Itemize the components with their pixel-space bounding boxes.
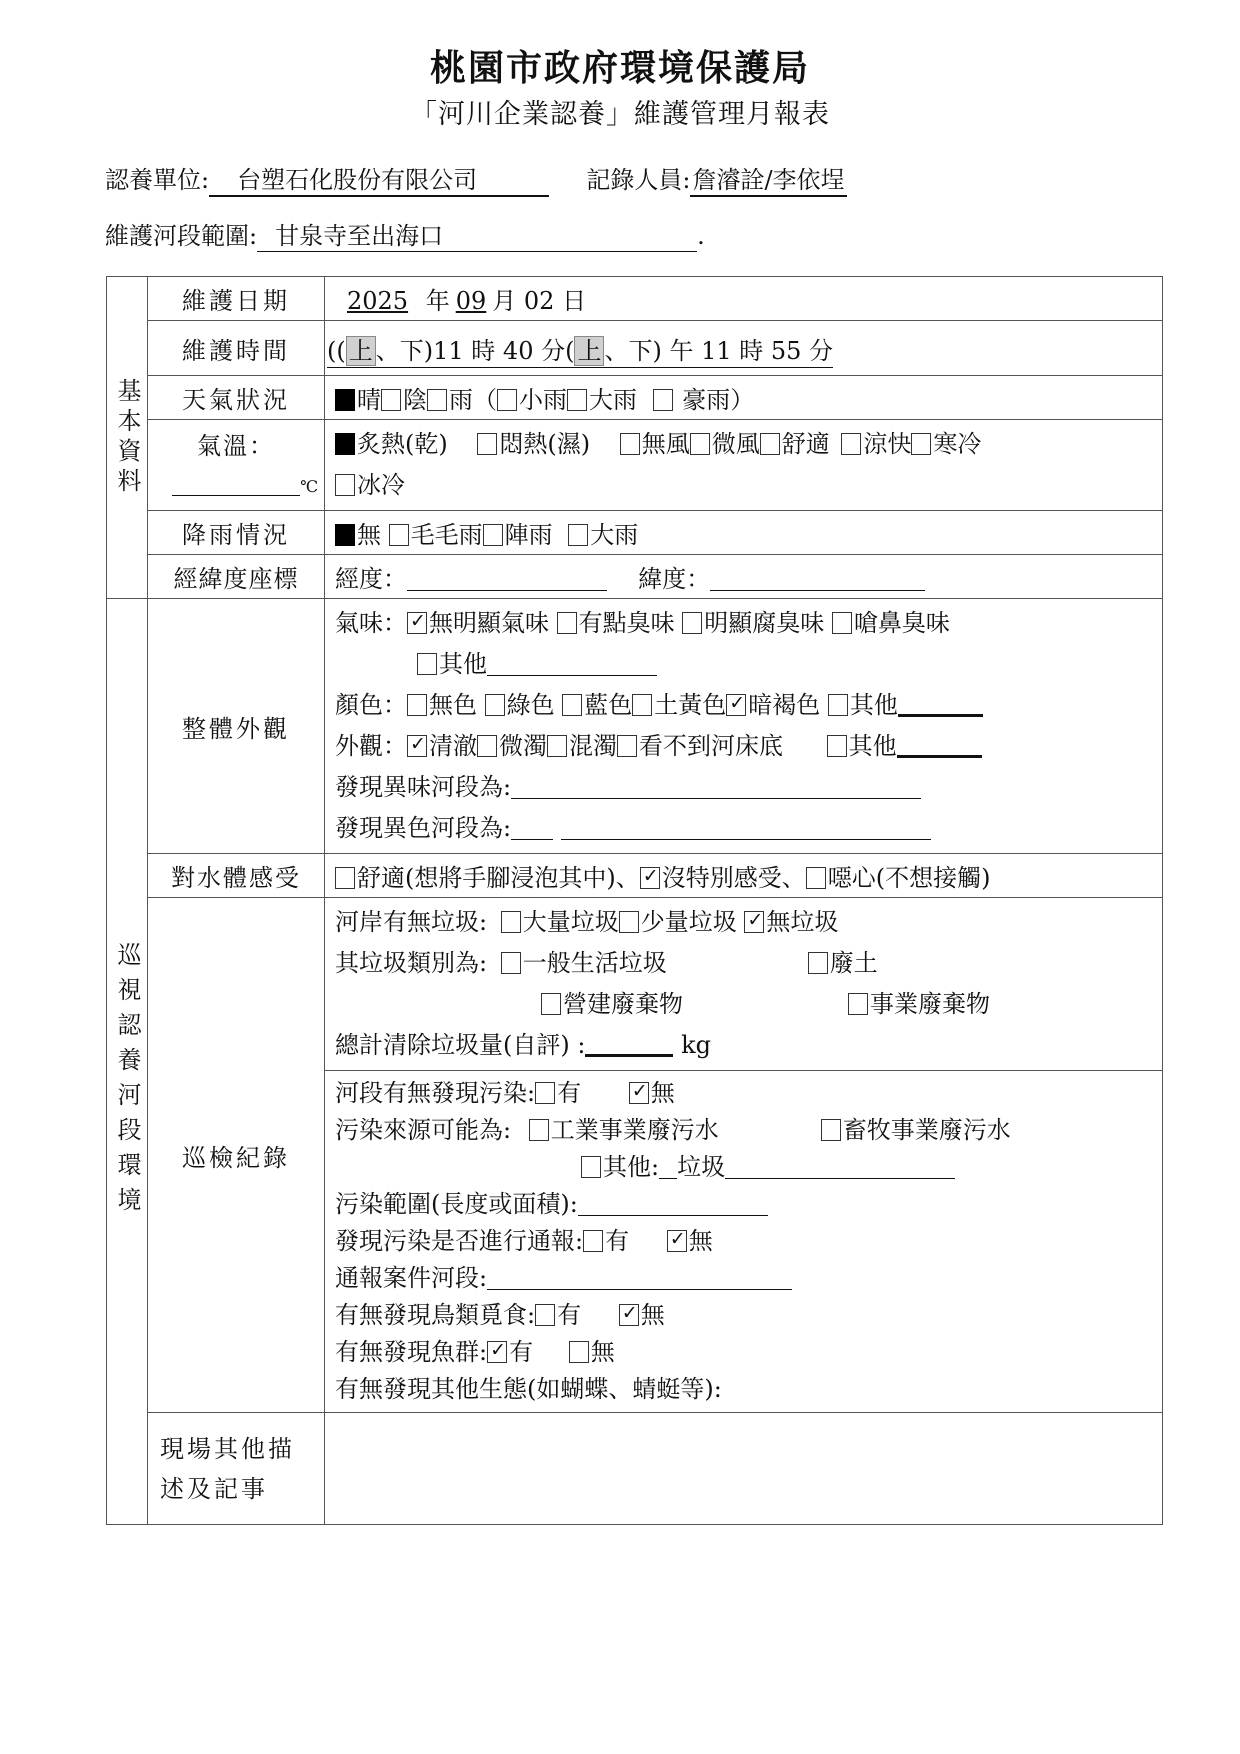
month-field[interactable]: 09: [450, 287, 493, 315]
checkbox-waste-soil[interactable]: [808, 952, 828, 974]
checkbox-cloudy[interactable]: [381, 389, 401, 411]
temperature-field[interactable]: [172, 469, 300, 496]
checkbox-freezing[interactable]: [335, 474, 355, 496]
checkbox-color-other[interactable]: [828, 694, 848, 716]
checkbox-fish-yes[interactable]: [487, 1341, 507, 1363]
latitude-field[interactable]: [710, 564, 925, 591]
checkbox-construction-waste[interactable]: [541, 993, 561, 1015]
date-label: 維護日期: [148, 277, 325, 321]
range-label: 維護河段範圍:: [105, 222, 257, 250]
odd-color-section-field[interactable]: [561, 813, 931, 840]
checkbox-green[interactable]: [485, 694, 505, 716]
checkbox-no-wind[interactable]: [620, 433, 640, 455]
checkbox-industrial-wastewater[interactable]: [529, 1119, 549, 1141]
checkbox-pungent-odor[interactable]: [832, 612, 852, 634]
checkbox-no-riverbed[interactable]: [617, 735, 637, 757]
checkbox-no-odor[interactable]: [407, 612, 427, 634]
notes-field[interactable]: [325, 1413, 1163, 1525]
checkbox-downpour[interactable]: [568, 524, 588, 546]
checkbox-no-garbage[interactable]: [744, 911, 764, 933]
checkbox-turbid[interactable]: [547, 735, 567, 757]
inspection-label: 巡檢紀錄: [148, 898, 325, 1413]
checkbox-dark-brown[interactable]: [726, 694, 746, 716]
time-cell: ((上、下)11 時 40 分(上、下) 午 11 時 55 分: [325, 321, 1163, 376]
checkbox-lots-garbage[interactable]: [501, 911, 521, 933]
checkbox-slight-odor[interactable]: [557, 612, 577, 634]
checkbox-light-rain[interactable]: [497, 389, 517, 411]
color-other-field[interactable]: [898, 688, 983, 717]
checkbox-torrential-rain[interactable]: [653, 389, 673, 411]
checkbox-clear[interactable]: [407, 735, 427, 757]
checkbox-hot-humid[interactable]: [477, 433, 497, 455]
time-label: 維護時間: [148, 321, 325, 376]
appearance-label: 整體外觀: [148, 599, 325, 854]
garbage-cell: 河岸有無垃圾: 大量垃圾少量垃圾 無垃圾 其垃圾類別為: 一般生活垃圾廢土 營建…: [325, 898, 1163, 1071]
checkbox-livestock-wastewater[interactable]: [821, 1119, 841, 1141]
temperature-label-cell: 氣溫： ℃: [148, 420, 325, 511]
checkbox-shower[interactable]: [483, 524, 503, 546]
year-field[interactable]: 2025: [335, 287, 418, 315]
pollution-extent-field[interactable]: [578, 1189, 768, 1216]
checkbox-feel-disgusted[interactable]: [806, 867, 826, 889]
checkbox-pollution-yes[interactable]: [535, 1082, 555, 1104]
checkbox-earth-yellow[interactable]: [632, 694, 652, 716]
day-field[interactable]: 02: [524, 287, 555, 315]
rain-options: 無 毛毛雨陣雨 大雨: [325, 511, 1163, 555]
weather-label: 天氣狀況: [148, 376, 325, 420]
report-form-table: 基本資料 維護日期 2025 年09月 02 日 維護時間 ((上、下)11 時…: [106, 276, 1163, 1525]
recorder-field[interactable]: 詹濬詮/李依埕: [690, 160, 846, 197]
pollution-cell: 河段有無發現污染:有 無 污染來源可能為: 工業事業廢污水畜牧事業廢污水 其他:…: [325, 1071, 1163, 1413]
checkbox-no-rain[interactable]: [335, 524, 355, 546]
coords-label: 經緯度座標: [148, 555, 325, 599]
longitude-field[interactable]: [407, 564, 607, 591]
checkbox-slightly-turbid[interactable]: [477, 735, 497, 757]
checkbox-breeze[interactable]: [690, 433, 710, 455]
range-field[interactable]: 甘泉寺至出海口: [257, 216, 697, 252]
checkbox-fish-no[interactable]: [569, 1341, 589, 1363]
checkbox-little-garbage[interactable]: [619, 911, 639, 933]
total-garbage-field[interactable]: [585, 1028, 673, 1057]
date-cell: 2025 年09月 02 日: [325, 277, 1163, 321]
checkbox-cool[interactable]: [841, 433, 861, 455]
appearance-cell: 氣味：無明顯氣味 有點臭味 明顯腐臭味 嗆鼻臭味 其他 顏色：無色 綠色 藍色土…: [325, 599, 1163, 854]
coords-cell: 經度： 緯度：: [325, 555, 1163, 599]
checkbox-feel-nothing[interactable]: [640, 867, 660, 889]
rain-label: 降雨情況: [148, 511, 325, 555]
checkbox-reported-no[interactable]: [667, 1230, 687, 1252]
weather-options: 晴陰雨（小雨大雨 豪雨）: [325, 376, 1163, 420]
report-section-field[interactable]: [487, 1263, 792, 1290]
unit-field[interactable]: 台塑石化股份有限公司: [209, 160, 549, 197]
checkbox-reported-yes[interactable]: [583, 1230, 603, 1252]
checkbox-blue[interactable]: [562, 694, 582, 716]
checkbox-industrial-waste[interactable]: [848, 993, 868, 1015]
odd-odor-section-field[interactable]: [511, 772, 921, 799]
notes-label: 現場其他描 述及記事: [148, 1413, 325, 1525]
checkbox-rotten-odor[interactable]: [682, 612, 702, 634]
am-start-option[interactable]: 上: [346, 336, 376, 366]
checkbox-drizzle[interactable]: [389, 524, 409, 546]
checkbox-cold[interactable]: [911, 433, 931, 455]
range-end: .: [697, 222, 705, 250]
checkbox-household-waste[interactable]: [501, 952, 521, 974]
checkbox-sunny[interactable]: [335, 389, 355, 411]
temperature-options: 炙熱(乾) 悶熱(濕) 無風微風舒適 涼快寒冷 冰冷: [325, 420, 1163, 511]
form-title: 「河川企業認養」維護管理月報表: [0, 92, 1240, 131]
look-other-field[interactable]: [897, 729, 982, 758]
checkbox-birds-yes[interactable]: [535, 1304, 555, 1326]
recorder-label: 記錄人員:: [586, 166, 690, 194]
feeling-label: 對水體感受: [148, 854, 325, 898]
odor-other-field[interactable]: [487, 649, 657, 676]
checkbox-feel-comfortable[interactable]: [335, 867, 355, 889]
checkbox-rain[interactable]: [427, 389, 447, 411]
unit-label: 認養單位:: [105, 166, 209, 194]
checkbox-heavy-rain[interactable]: [567, 389, 587, 411]
checkbox-hot-dry[interactable]: [335, 433, 355, 455]
agency-title: 桃園市政府環境保護局: [0, 40, 1240, 91]
source-other-field[interactable]: 垃圾: [677, 1153, 725, 1181]
am-end-option[interactable]: 上: [574, 336, 604, 366]
time-field[interactable]: ((上、下)11 時 40 分(上、下) 午 11 時 55 分: [327, 337, 833, 368]
checkbox-colorless[interactable]: [407, 694, 427, 716]
checkbox-odor-other[interactable]: [417, 653, 437, 675]
checkbox-pollution-no[interactable]: [629, 1082, 649, 1104]
section-basic: 基本資料: [107, 277, 148, 599]
checkbox-birds-no[interactable]: [619, 1304, 639, 1326]
feeling-options: 舒適(想將手腳浸泡其中)、沒特別感受、噁心(不想接觸): [325, 854, 1163, 898]
range-line: 維護河段範圍:甘泉寺至出海口.: [105, 216, 705, 252]
checkbox-source-other[interactable]: [581, 1156, 601, 1178]
unit-recorder-line: 認養單位:台塑石化股份有限公司 記錄人員:詹濬詮/李依埕: [105, 160, 847, 197]
checkbox-comfortable[interactable]: [760, 433, 780, 455]
section-patrol: 巡視認養河段環境: [107, 599, 148, 1525]
checkbox-look-other[interactable]: [827, 735, 847, 757]
